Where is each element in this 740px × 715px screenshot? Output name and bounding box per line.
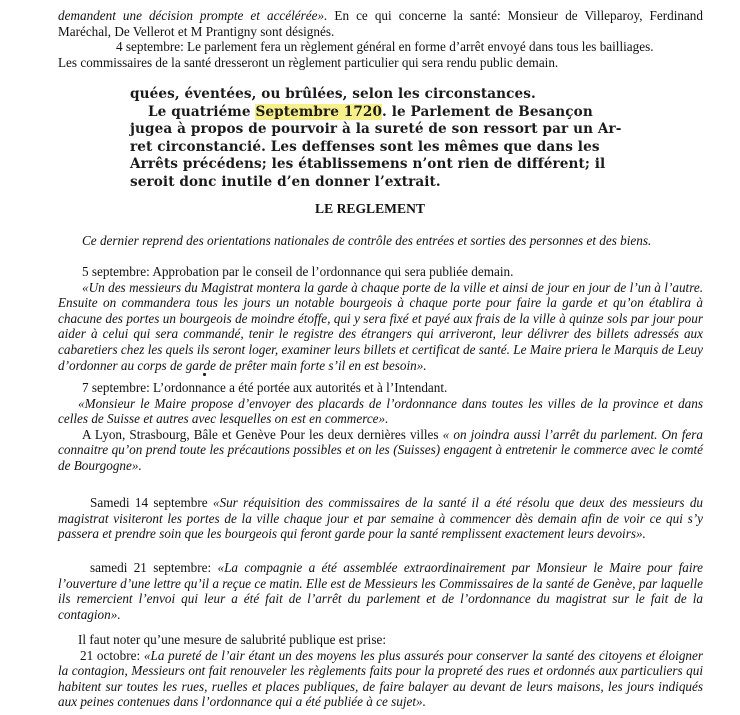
entry-paragraph: samedi 21 septembre: «La compagnie a été… [58, 560, 703, 622]
entry-paragraph: Samedi 14 septembre «Sur réquisition des… [58, 495, 703, 542]
entry-date-line: Samedi 14 septembre [90, 495, 213, 510]
document-page: demandent une décision prompte et accélé… [0, 0, 740, 715]
intro-paragraph-2: 4 septembre: Le parlement fera un règlem… [58, 39, 703, 55]
scan-line-1: quées, éventées, ou brûlées, selon les c… [130, 86, 575, 104]
entry-date-line: 21 octobre: [80, 648, 144, 663]
scan-line-4: ret circonstancié. Les deffenses sont le… [130, 139, 575, 157]
stray-mark [203, 373, 206, 376]
entry-5-septembre: 5 septembre: Approbation par le conseil … [58, 264, 703, 373]
scanned-excerpt: quées, éventées, ou brûlées, selon les c… [130, 86, 575, 192]
entry-intro: Il faut noter qu’une mesure de salubrité… [58, 632, 703, 648]
summary-block: Ce dernier reprend des orientations nati… [82, 233, 722, 249]
intro-paragraph-1: demandent une décision prompte et accélé… [58, 8, 703, 39]
entry-21-septembre: samedi 21 septembre: «La compagnie a été… [58, 560, 703, 622]
entry-extra: A Lyon, Strasbourg, Bâle et Genève Pour … [58, 427, 703, 474]
intro-block: demandent une décision prompte et accélé… [58, 8, 703, 70]
entry-14-septembre: Samedi 14 septembre «Sur réquisition des… [58, 495, 703, 542]
scan-line-6: seroit donc inutile d’en donner l’extrai… [130, 174, 575, 192]
entry-quote: «Monsieur le Maire propose d’envoyer des… [58, 396, 703, 427]
entry-extra-cities: A Lyon, Strasbourg, Bâle et Genève Pour … [82, 427, 443, 442]
entry-7-septembre: 7 septembre: L’ordonnance a été portée a… [58, 380, 703, 474]
intro-quote-end: demandent une décision prompte et accélé… [58, 8, 327, 23]
entry-quote: «Un des messieurs du Magistrat montera l… [58, 280, 703, 374]
entry-quote: «La pureté de l’air étant un des moyens … [58, 648, 703, 710]
entry-date-line: samedi 21 septembre: [90, 560, 217, 575]
entry-paragraph: 21 octobre: «La pureté de l’air étant un… [58, 648, 703, 710]
highlighted-date: Septembre 1720 [255, 104, 382, 120]
entry-21-octobre: Il faut noter qu’une mesure de salubrité… [58, 632, 703, 710]
summary-text: Ce dernier reprend des orientations nati… [82, 233, 722, 249]
intro-paragraph-3: Les commissaires de la santé dresseront … [58, 55, 703, 71]
entry-date-line: 5 septembre: Approbation par le conseil … [58, 264, 703, 280]
section-heading: LE REGLEMENT [0, 201, 740, 217]
scan-line-2: Le quatriéme Septembre 1720. le Parlemen… [130, 104, 575, 122]
scan-line-2-pre: Le quatriéme [148, 104, 255, 120]
scan-line-2-post: . le Parlement de Besançon [382, 104, 593, 120]
scan-line-3: jugea à propos de pourvoir à la sureté d… [130, 121, 575, 139]
entry-date-line: 7 septembre: L’ordonnance a été portée a… [58, 380, 703, 396]
scan-line-5: Arrêts précédens; les établissemens n’on… [130, 156, 575, 174]
